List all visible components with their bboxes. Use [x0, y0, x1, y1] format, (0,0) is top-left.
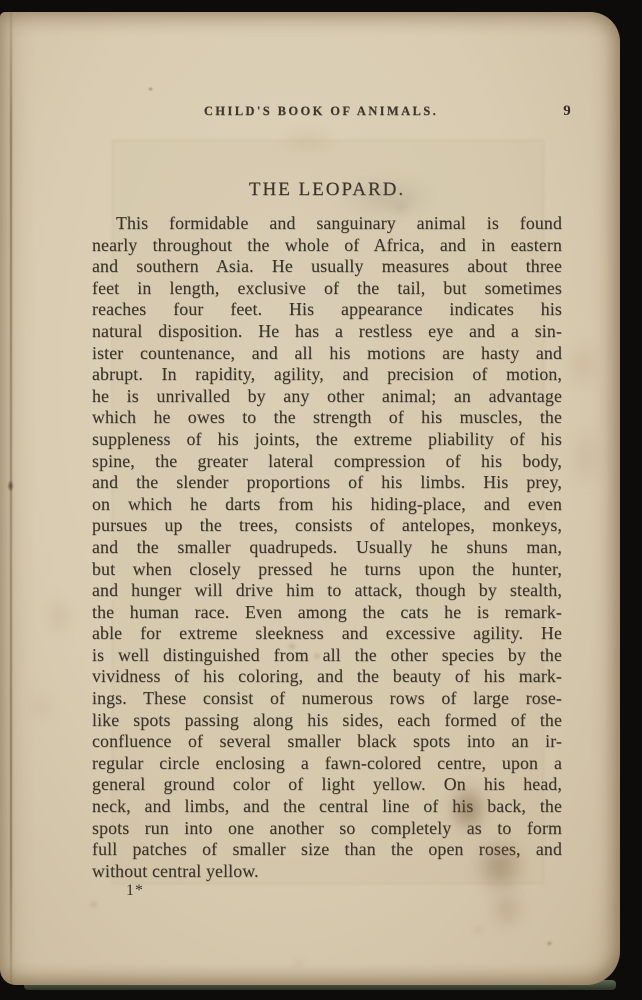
text-line: on which he darts from his hiding-place,…	[92, 494, 562, 516]
text-line: which he owes to the strength of his mus…	[92, 407, 562, 429]
text-line: pursues up the trees, consists of antelo…	[92, 515, 562, 537]
book-page: CHILD'S BOOK OF ANIMALS. 9 THE LEOPARD. …	[0, 12, 620, 985]
stain	[560, 330, 606, 400]
text-line: but when closely pressed he turns upon t…	[92, 559, 562, 581]
text-line: able for extreme sleekness and excessive…	[92, 623, 562, 645]
stain	[470, 924, 486, 936]
text-line: ings. These consist of numerous rows of …	[92, 688, 562, 710]
body-text: This formidable and sanguinary animal is…	[92, 213, 562, 882]
crease-line	[10, 12, 12, 985]
text-line: general ground color of light yellow. On…	[92, 774, 562, 796]
text-line: neck, and limbs, and the central line of…	[92, 796, 562, 818]
text-line: spine, the greater lateral compression o…	[92, 451, 562, 473]
text-line: spots run into one another so completely…	[92, 818, 562, 840]
page-header: CHILD'S BOOK OF ANIMALS. 9	[92, 103, 584, 120]
text-line: feet in length, exclusive of the tail, b…	[92, 278, 562, 300]
stain	[482, 880, 532, 938]
text-line: and southern Asia. He usually measures a…	[92, 256, 562, 278]
stain	[566, 412, 606, 502]
text-line: and the smaller quadrupeds. Usually he s…	[92, 537, 562, 559]
text-line: full patches of smaller size than the op…	[92, 839, 562, 861]
stitch-knot	[6, 478, 15, 494]
text-line: like spots passing along his sides, each…	[92, 710, 562, 732]
stain	[28, 684, 54, 728]
text-line: he is unrivalled by any other animal; an…	[92, 386, 562, 408]
text-line: without central yellow.	[92, 861, 562, 883]
chapter-title: THE LEOPARD.	[92, 179, 562, 201]
running-title: CHILD'S BOOK OF ANIMALS.	[92, 104, 550, 119]
text-line: ister countenance, and all his motions a…	[92, 343, 562, 365]
signature-mark: 1*	[126, 882, 144, 900]
text-line: is well distinguished from all the other…	[92, 645, 562, 667]
text-line: abrupt. In rapidity, agility, and precis…	[92, 364, 562, 386]
page-number: 9	[550, 103, 584, 120]
stain	[290, 957, 308, 967]
text-line: regular circle enclosing a fawn-colored …	[92, 753, 562, 775]
stain	[42, 587, 76, 645]
stain	[147, 86, 154, 92]
text-line: natural disposition. He has a restless e…	[92, 321, 562, 343]
stain	[545, 940, 554, 947]
stain	[88, 900, 100, 909]
text-line: reaches four feet. His appearance indica…	[92, 299, 562, 321]
text-line: vividness of his coloring, and the beaut…	[92, 666, 562, 688]
text-line: the human race. Even among the cats he i…	[92, 602, 562, 624]
text-line: suppleness of his joints, the extreme pl…	[92, 429, 562, 451]
text-line: and hunger will drive him to attack, tho…	[92, 580, 562, 602]
text-line: and the slender proportions of his limbs…	[92, 472, 562, 494]
text-line: This formidable and sanguinary animal is…	[92, 213, 562, 235]
text-line: nearly throughout the whole of Africa, a…	[92, 235, 562, 257]
text-line: confluence of several smaller black spot…	[92, 731, 562, 753]
book-scan-photo: CHILD'S BOOK OF ANIMALS. 9 THE LEOPARD. …	[0, 0, 642, 1000]
